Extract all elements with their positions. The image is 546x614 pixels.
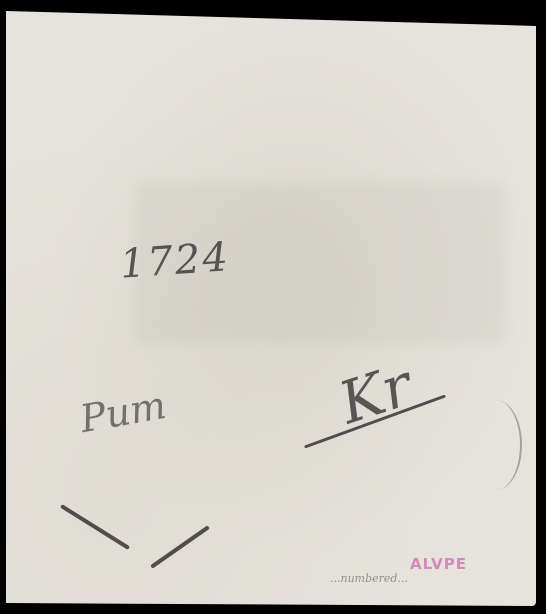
stamp-back-paper <box>6 8 536 606</box>
pencil-arc <box>470 400 522 490</box>
faint-pencil-note: ...numbered... <box>330 572 408 585</box>
purple-handstamp: ALVPE <box>410 555 467 573</box>
pencil-number-marking: 1724 <box>119 234 232 288</box>
